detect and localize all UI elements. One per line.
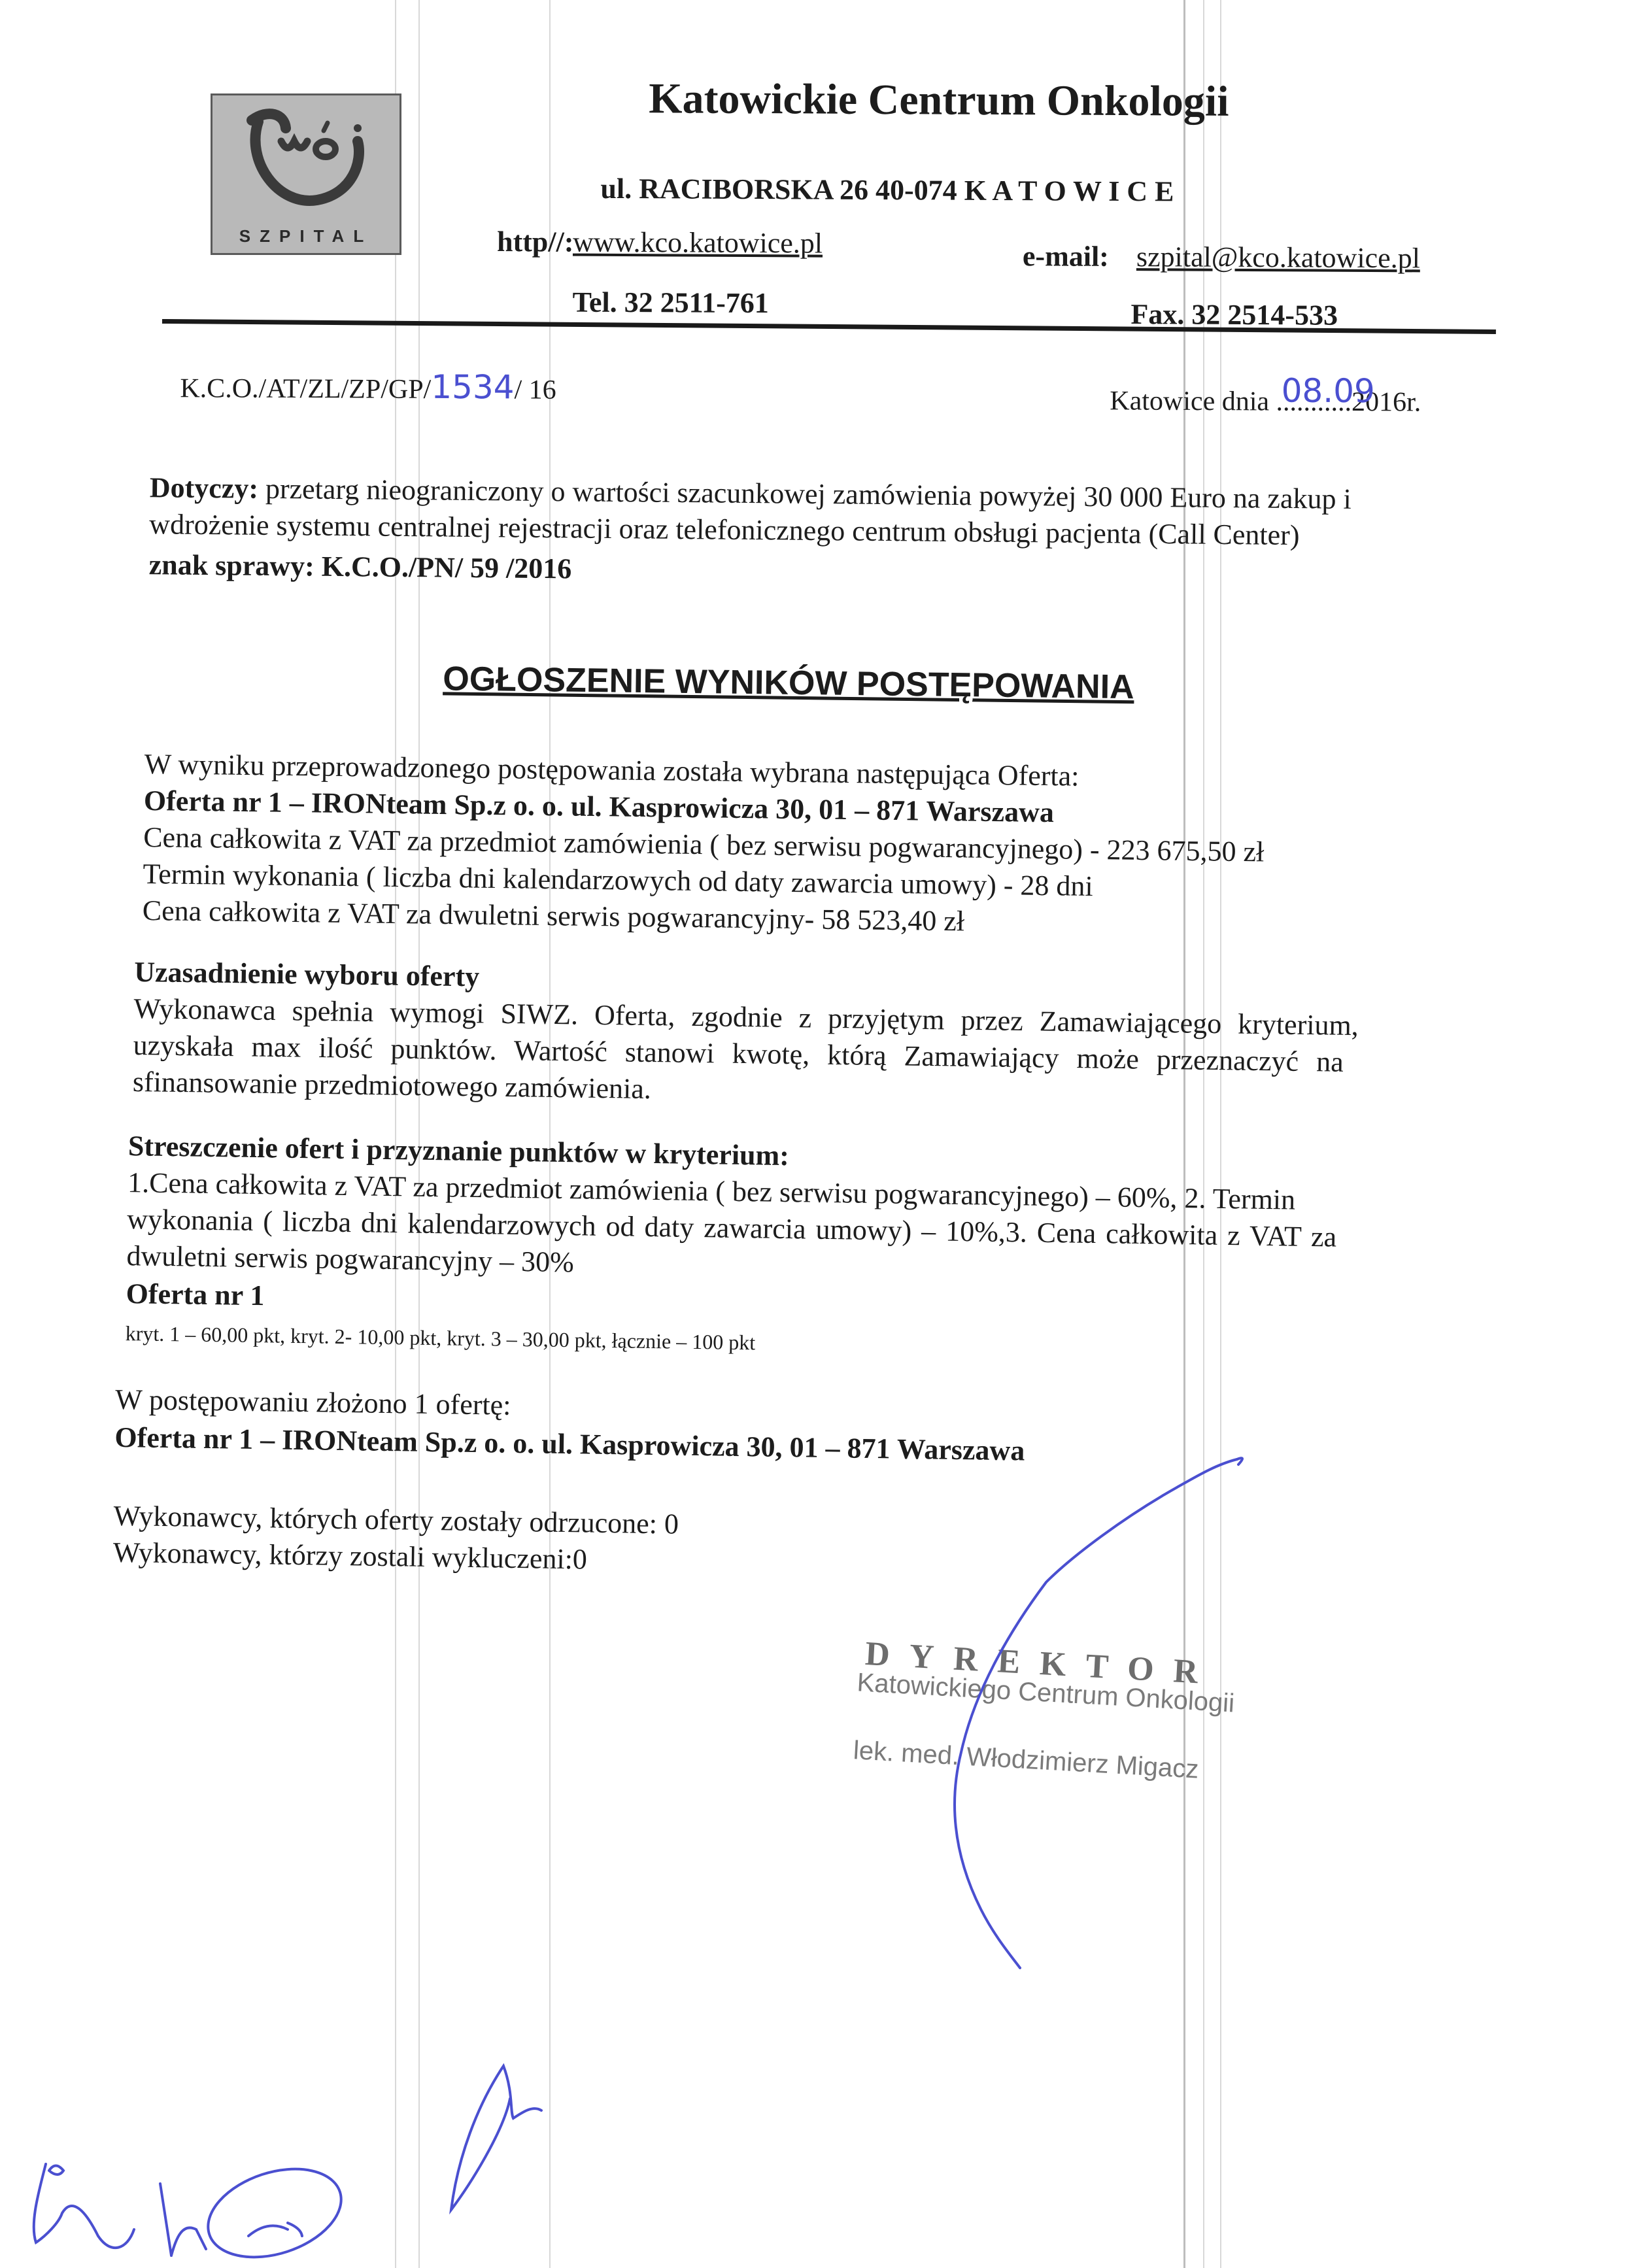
initials-left-icon [34,2164,206,2256]
handwritten-signatures [0,0,1632,2268]
scanned-document-page: SZPITAL Katowickie Centrum Onkologii ul.… [0,0,1632,2268]
initials-middle-icon [451,2066,541,2210]
initials-loop-icon [197,2154,352,2268]
director-signature-icon [955,1459,1237,1968]
